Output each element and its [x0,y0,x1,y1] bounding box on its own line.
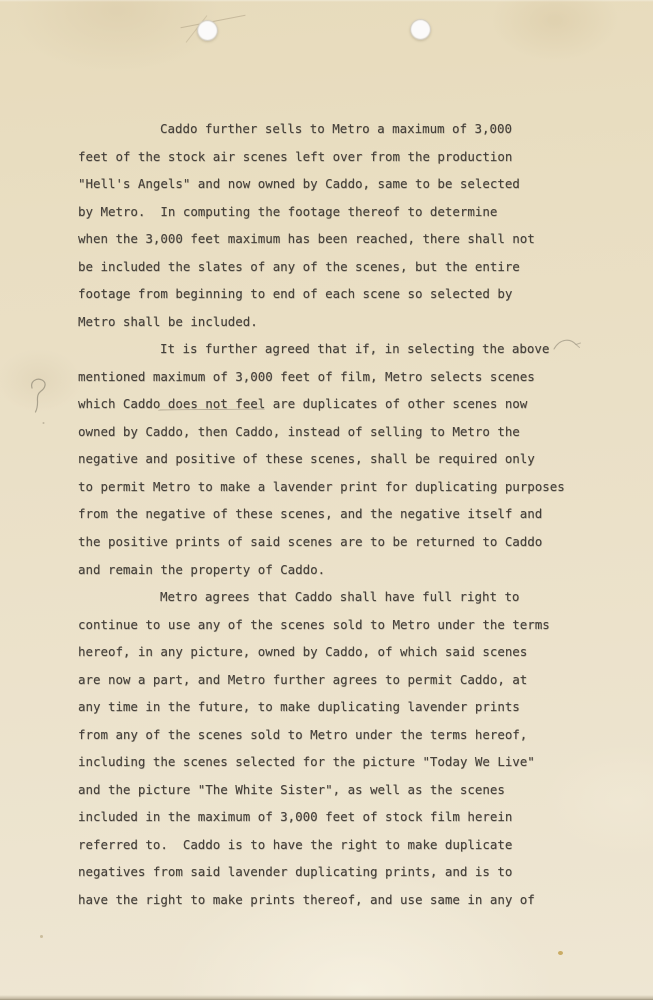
text-line: continue to use any of the scenes sold t… [78,611,638,639]
text-line: negative and positive of these scenes, s… [78,445,638,473]
text-line: referred to. Caddo is to have the right … [78,831,638,859]
text-line: from any of the scenes sold to Metro und… [78,721,638,749]
paper-bottom-edge [0,995,653,1000]
paper-speck [40,935,43,938]
text-line: "Hell's Angels" and now owned by Caddo, … [78,170,638,198]
text-line: and remain the property of Caddo. [78,556,638,584]
text-line: to permit Metro to make a lavender print… [78,473,638,501]
text-line: included in the maximum of 3,000 feet of… [78,803,638,831]
text-line: which Caddo does not feel are duplicates… [78,390,638,418]
paper-speck [558,951,563,955]
text-line: have the right to make prints thereof, a… [78,886,638,914]
text-block: Caddo further sells to Metro a maximum o… [78,115,638,913]
text-line: the positive prints of said scenes are t… [78,528,638,556]
text-line: feet of the stock air scenes left over f… [78,143,638,171]
text-line: negatives from said lavender duplicating… [78,858,638,886]
pencil-question-mark [29,376,51,432]
text-line: owned by Caddo, then Caddo, instead of s… [78,418,638,446]
pencil-check-mark [552,335,582,359]
text-line: Metro shall be included. [78,308,638,336]
text-line: any time in the future, to make duplicat… [78,693,638,721]
punch-hole-left [197,20,218,41]
paper-top-edge [0,0,653,2]
text-line: Caddo further sells to Metro a maximum o… [78,115,638,143]
text-line: footage from beginning to end of each sc… [78,280,638,308]
text-line: and the picture "The White Sister", as w… [78,776,638,804]
text-line: hereof, in any picture, owned by Caddo, … [78,638,638,666]
text-line: by Metro. In computing the footage there… [78,198,638,226]
text-line: including the scenes selected for the pi… [78,748,638,776]
text-line: be included the slates of any of the sce… [78,253,638,281]
text-line: mentioned maximum of 3,000 feet of film,… [78,363,638,391]
text-line: from the negative of these scenes, and t… [78,500,638,528]
text-line: are now a part, and Metro further agrees… [78,666,638,694]
paper-page: Caddo further sells to Metro a maximum o… [0,0,653,1000]
text-line: Metro agrees that Caddo shall have full … [78,583,638,611]
text-line: when the 3,000 feet maximum has been rea… [78,225,638,253]
punch-hole-right [410,19,431,40]
